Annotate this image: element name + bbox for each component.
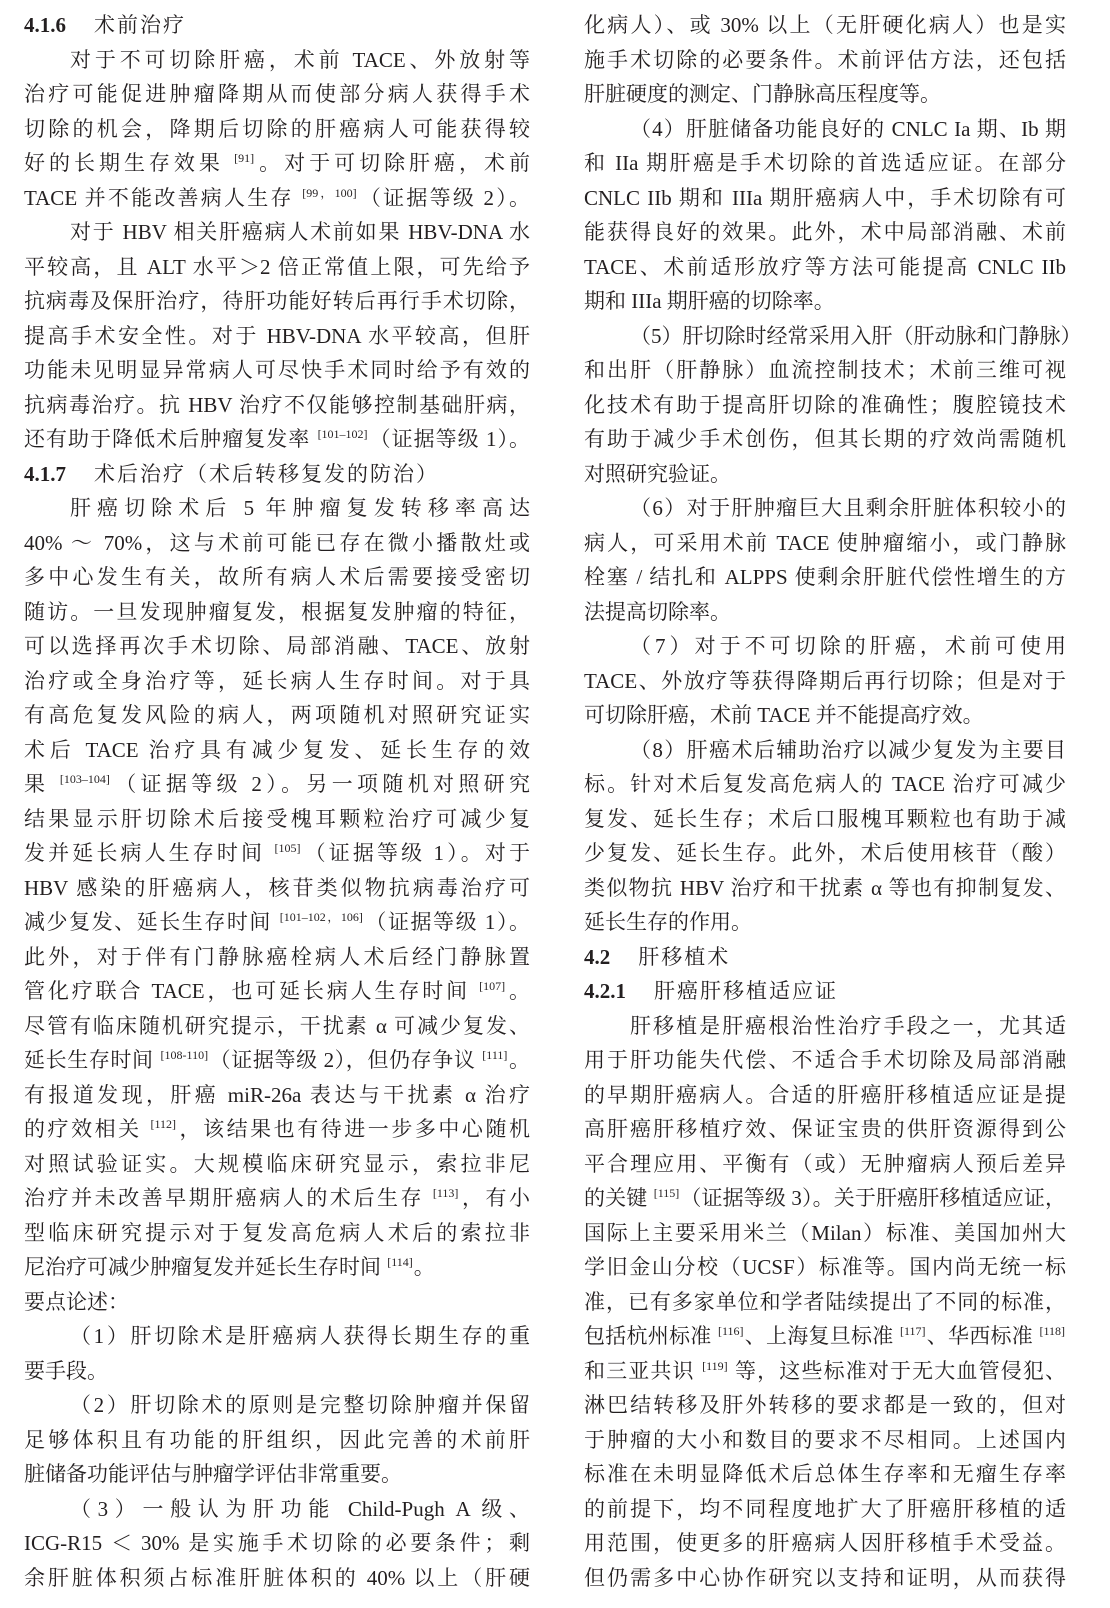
text-line: 和 IIa 期肝癌是手术切除的首选适应证。在部分 <box>584 146 1066 181</box>
citation-superscript: [107] <box>479 979 505 993</box>
text-line: TACE、术前适形放疗等方法可能提高 CNLC IIb <box>584 250 1066 285</box>
text-run: 、华西标准 <box>927 1324 1039 1348</box>
text-line: 型临床研究提示对于复发高危病人术后的索拉非 <box>24 1216 530 1251</box>
text-line: （4）肝脏储备功能良好的 CNLC Ia 期、Ib 期 <box>584 112 1066 147</box>
text-run: 提高手术安全性。对于 HBV-DNA 水平较高，但肝 <box>24 324 530 348</box>
text-run: HBV 感染的肝癌病人，核苷类似物抗病毒治疗可 <box>24 876 530 900</box>
key-point-paragraph: （5）肝切除时经常采用入肝（肝动脉和门静脉）和出肝（肝静脉）血流控制技术；术前三… <box>584 319 1066 492</box>
text-run: 型临床研究提示对于复发高危病人术后的索拉非 <box>24 1221 530 1245</box>
text-line: 的关键 [115]（证据等级 3）。关于肝癌肝移植适应证， <box>584 1181 1066 1216</box>
text-run: 随访。一旦发现肿瘤复发，根据复发肿瘤的特征， <box>24 600 530 624</box>
text-run: 切除的机会，降期后切除的肝癌病人可能获得较 <box>24 117 530 141</box>
text-run: 肝癌切除术后 5 年肿瘤复发转移率高达 <box>70 496 530 520</box>
text-line: （3）一般认为肝功能 Child-Pugh A 级、 <box>24 1492 530 1527</box>
text-line: 淋巴结转移及肝外转移的要求都是一致的，但对 <box>584 1388 1066 1423</box>
text-run: ，该结果也有待进一步多中心随机 <box>177 1117 530 1141</box>
text-line: （5）肝切除时经常采用入肝（肝动脉和门静脉） <box>584 319 1066 354</box>
text-run: （8）肝癌术后辅助治疗以减少复发为主要目 <box>630 738 1066 762</box>
text-run: 尼治疗可减少肿瘤复发并延长生存时间 <box>24 1255 386 1279</box>
text-run: 对于不可切除肝癌，术前 TACE、外放射等 <box>70 48 530 72</box>
section-title: 术前治疗 <box>94 13 186 37</box>
text-line: （8）肝癌术后辅助治疗以减少复发为主要目 <box>584 733 1066 768</box>
text-run: 于肿瘤的大小和数目的要求不尽相同。上述国内 <box>584 1428 1066 1452</box>
text-line: 于肿瘤的大小和数目的要求不尽相同。上述国内 <box>584 1423 1066 1458</box>
text-run: 包括杭州标准 <box>584 1324 717 1348</box>
text-line: 尼治疗可减少肿瘤复发并延长生存时间 [114]。 <box>24 1250 530 1285</box>
text-line: 果 [103–104]（证据等级 2）。另一项随机对照研究 <box>24 767 530 802</box>
text-run: （4）肝脏储备功能良好的 CNLC Ia 期、Ib 期 <box>630 117 1066 141</box>
text-run: 可切除肝癌，术前 TACE 并不能提高疗效。 <box>584 703 984 727</box>
text-line: 对照研究验证。 <box>584 457 1066 492</box>
section-heading: 4.2肝移植术 <box>584 940 1066 975</box>
text-run: 但仍需多中心协作研究以支持和证明，从而获得 <box>584 1566 1066 1590</box>
text-line: 病人，可采用术前 TACE 使肿瘤缩小，或门静脉 <box>584 526 1066 561</box>
text-line: （1）肝切除术是肝癌病人获得长期生存的重 <box>24 1319 530 1354</box>
text-line: 用于肝功能失代偿、不适合手术切除及局部消融 <box>584 1043 1066 1078</box>
text-line: 减少复发、延长生存时间 [101–102，106]（证据等级 1）。 <box>24 905 530 940</box>
citation-superscript: [119] <box>702 1359 728 1373</box>
text-run: 病人，可采用术前 TACE 使肿瘤缩小，或门静脉 <box>584 531 1066 555</box>
citation-superscript: [113] <box>433 1186 459 1200</box>
text-line: CNLC IIb 期和 IIIa 期肝癌病人中，手术切除有可 <box>584 181 1066 216</box>
text-run: 平合理应用、平衡有（或）无肿瘤病人预后差异 <box>584 1152 1066 1176</box>
section-number: 4.2.1 <box>584 979 626 1003</box>
text-run: 好的长期生存效果 <box>24 151 233 175</box>
text-run: 和出肝（肝静脉）血流控制技术；术前三维可视 <box>584 358 1066 382</box>
text-line: 功能未见明显异常病人可尽快手术同时给予有效的 <box>24 353 530 388</box>
text-line: 有助于减少手术创伤，但其长期的疗效尚需随机 <box>584 422 1066 457</box>
text-line: 类似物抗 HBV 治疗和干扰素 α 等也有抑制复发、 <box>584 871 1066 906</box>
text-line: 平合理应用、平衡有（或）无肿瘤病人预后差异 <box>584 1147 1066 1182</box>
text-line: 和三亚共识 [119] 等，这些标准对于无大血管侵犯、 <box>584 1354 1066 1389</box>
text-line: 化病人）、或 30% 以上（无肝硬化病人）也是实 <box>584 8 1066 43</box>
text-line: 期和 IIIa 期肝癌的切除率。 <box>584 284 1066 319</box>
text-line: 40% ～ 70%，这与术前可能已存在微小播散灶或 <box>24 526 530 561</box>
text-run: 用范围，使更多的肝癌病人因肝移植手术受益。 <box>584 1531 1066 1555</box>
text-line: 治疗并未改善早期肝癌病人的术后生存 [113]，有小 <box>24 1181 530 1216</box>
text-run: 治疗可能促进肿瘤降期从而使部分病人获得手术 <box>24 82 530 106</box>
text-line: （2）肝切除术的原则是完整切除肿瘤并保留 <box>24 1388 530 1423</box>
text-run: 期和 IIIa 期肝癌的切除率。 <box>584 289 835 313</box>
text-line: 管化疗联合 TACE，也可延长病人生存时间 [107]。 <box>24 974 530 1009</box>
text-run: 学旧金山分校（UCSF）标准等。国内尚无统一标 <box>584 1255 1066 1279</box>
text-run: 等，这些标准对于无大血管侵犯、 <box>729 1359 1066 1383</box>
text-run: （1）肝切除术是肝癌病人获得长期生存的重 <box>70 1324 530 1348</box>
section-heading: 4.2.1肝癌肝移植适应证 <box>584 974 1066 1009</box>
text-line: 对照试验证实。大规模临床研究显示，索拉非尼 <box>24 1147 530 1182</box>
text-line: 延长生存时间 [108-110]（证据等级 2），但仍存争议 [111]。 <box>24 1043 530 1078</box>
text-run: 。 <box>414 1255 435 1279</box>
text-run: 复发、延长生存；术后口服槐耳颗粒也有助于减 <box>584 807 1066 831</box>
key-point-paragraph: （8）肝癌术后辅助治疗以减少复发为主要目标。针对术后复发高危病人的 TACE 治… <box>584 733 1066 940</box>
text-run: （证据等级 1）。 <box>369 427 530 451</box>
text-run: 化技术有助于提高肝切除的准确性；腹腔镜技术 <box>584 393 1066 417</box>
text-line: 平较高，且 ALT 水平＞2 倍正常值上限，可先给予 <box>24 250 530 285</box>
citation-superscript: [91] <box>234 151 254 165</box>
text-line: 标准在未明显降低术后总体生存率和无瘤生存率 <box>584 1457 1066 1492</box>
key-point-paragraph: （3）一般认为肝功能 Child-Pugh A 级、ICG-R15 ＜ 30% … <box>24 1492 530 1596</box>
section-number: 4.2 <box>584 945 610 969</box>
text-run: 要手段。 <box>24 1359 108 1383</box>
text-run: 40% ～ 70%，这与术前可能已存在微小播散灶或 <box>24 531 530 555</box>
paragraph: 对于 HBV 相关肝癌病人术前如果 HBV-DNA 水平较高，且 ALT 水平＞… <box>24 215 530 457</box>
text-run: 还有助于降低术后肿瘤复发率 <box>24 427 317 451</box>
text-run: （5）肝切除时经常采用入肝（肝动脉和门静脉） <box>630 324 1082 348</box>
text-line: 延长生存的作用。 <box>584 905 1066 940</box>
text-run: 果 <box>24 772 59 796</box>
text-run: 多中心发生有关，故所有病人术后需要接受密切 <box>24 565 530 589</box>
text-run: 延长生存的作用。 <box>584 910 752 934</box>
text-line: 此外，对于伴有门静脉癌栓病人术后经门静脉置 <box>24 940 530 975</box>
text-run: 延长生存时间 <box>24 1048 160 1072</box>
key-point-paragraph: （7）对于不可切除的肝癌，术前可使用TACE、外放疗等获得降期后再行切除；但是对… <box>584 629 1066 733</box>
text-line: 法提高切除率。 <box>584 595 1066 630</box>
section-heading: 4.1.6术前治疗 <box>24 8 530 43</box>
text-line: 包括杭州标准 [116]、上海复旦标准 [117]、华西标准 [118] <box>584 1319 1066 1354</box>
key-point-paragraph: （6）对于肝肿瘤巨大且剩余肝脏体积较小的病人，可采用术前 TACE 使肿瘤缩小，… <box>584 491 1066 629</box>
text-line: 肝脏硬度的测定、门静脉高压程度等。 <box>584 77 1066 112</box>
text-run: 类似物抗 HBV 治疗和干扰素 α 等也有抑制复发、 <box>584 876 1066 900</box>
text-line: 要手段。 <box>24 1354 530 1389</box>
text-run: 高肝癌肝移植疗效、保证宝贵的供肝资源得到公 <box>584 1117 1066 1141</box>
text-line: 和出肝（肝静脉）血流控制技术；术前三维可视 <box>584 353 1066 388</box>
text-line: 可以选择再次手术切除、局部消融、TACE、放射 <box>24 629 530 664</box>
text-run: 的疗效相关 <box>24 1117 149 1141</box>
text-run: 少复发、延长生存。此外，术后使用核苷（酸） <box>584 841 1066 865</box>
left-column: 4.1.6术前治疗对于不可切除肝癌，术前 TACE、外放射等治疗可能促进肿瘤降期… <box>24 8 530 1595</box>
paragraph: 要点论述： <box>24 1285 530 1320</box>
text-run: 对照研究验证。 <box>584 462 731 486</box>
text-line: 抗病毒及保肝治疗，待肝功能好转后再行手术切除， <box>24 284 530 319</box>
text-run: 对照试验证实。大规模临床研究显示，索拉非尼 <box>24 1152 530 1176</box>
text-run: 要点论述： <box>24 1290 129 1314</box>
text-run: 减少复发、延长生存时间 <box>24 910 279 934</box>
paragraph: 化病人）、或 30% 以上（无肝硬化病人）也是实施手术切除的必要条件。术前评估方… <box>584 8 1066 112</box>
citation-superscript: [105] <box>275 841 301 855</box>
text-line: 复发、延长生存；术后口服槐耳颗粒也有助于减 <box>584 802 1066 837</box>
text-run: 术后 TACE 治疗具有减少复发、延长生存的效 <box>24 738 530 762</box>
text-line: 能获得良好的效果。此外，术中局部消融、术前 <box>584 215 1066 250</box>
text-run: 可以选择再次手术切除、局部消融、TACE、放射 <box>24 634 530 658</box>
text-run: 和三亚共识 <box>584 1359 701 1383</box>
text-run: 。 <box>508 1048 530 1072</box>
text-line: 还有助于降低术后肿瘤复发率 [101–102]（证据等级 1）。 <box>24 422 530 457</box>
citation-superscript: [111] <box>482 1048 507 1062</box>
text-run: 。对于可切除肝癌，术前 <box>255 151 530 175</box>
text-run: 对于 HBV 相关肝癌病人术前如果 HBV-DNA 水 <box>70 220 530 244</box>
text-run: 此外，对于伴有门静脉癌栓病人术后经门静脉置 <box>24 945 530 969</box>
section-title: 肝移植术 <box>638 945 730 969</box>
text-line: 抗病毒治疗。抗 HBV 治疗不仅能够控制基础肝病， <box>24 388 530 423</box>
text-run: TACE、外放疗等获得降期后再行切除；但是对于 <box>584 669 1066 693</box>
text-run: 的关键 <box>584 1186 653 1210</box>
text-run: 足够体积且有功能的肝组织，因此完善的术前肝 <box>24 1428 530 1452</box>
text-run: ，有小 <box>459 1186 530 1210</box>
text-line: （6）对于肝肿瘤巨大且剩余肝脏体积较小的 <box>584 491 1066 526</box>
text-line: 对于 HBV 相关肝癌病人术前如果 HBV-DNA 水 <box>24 215 530 250</box>
text-run: 、上海复旦标准 <box>745 1324 899 1348</box>
text-run: 肝脏硬度的测定、门静脉高压程度等。 <box>584 82 941 106</box>
text-line: 好的长期生存效果 [91]。对于可切除肝癌，术前 <box>24 146 530 181</box>
text-run: 结果显示肝切除术后接受槐耳颗粒治疗可减少复 <box>24 807 530 831</box>
citation-superscript: [101–102，106] <box>280 910 363 924</box>
text-run: 法提高切除率。 <box>584 600 731 624</box>
section-heading: 4.1.7术后治疗（术后转移复发的防治） <box>24 457 530 492</box>
paragraph: 肝移植是肝癌根治性治疗手段之一，尤其适用于肝功能失代偿、不适合手术切除及局部消融… <box>584 1009 1066 1596</box>
text-line: 少复发、延长生存。此外，术后使用核苷（酸） <box>584 836 1066 871</box>
text-run: 栓塞 / 结扎和 ALPPS 使剩余肝脏代偿性增生的方 <box>584 565 1066 589</box>
text-line: 栓塞 / 结扎和 ALPPS 使剩余肝脏代偿性增生的方 <box>584 560 1066 595</box>
text-run: 的前提下，均不同程度地扩大了肝癌肝移植的适 <box>584 1497 1066 1521</box>
text-run: 平较高，且 ALT 水平＞2 倍正常值上限，可先给予 <box>24 255 530 279</box>
text-line: 的疗效相关 [112]，该结果也有待进一步多中心随机 <box>24 1112 530 1147</box>
text-line: 但仍需多中心协作研究以支持和证明，从而获得 <box>584 1561 1066 1596</box>
text-run: 抗病毒治疗。抗 HBV 治疗不仅能够控制基础肝病， <box>24 393 530 417</box>
text-line: TACE 并不能改善病人生存 [99，100]（证据等级 2）。 <box>24 181 530 216</box>
text-line: 提高手术安全性。对于 HBV-DNA 水平较高，但肝 <box>24 319 530 354</box>
citation-superscript: [103–104] <box>60 772 110 786</box>
text-run: 管化疗联合 TACE，也可延长病人生存时间 <box>24 979 478 1003</box>
text-run: 标准在未明显降低术后总体生存率和无瘤生存率 <box>584 1462 1066 1486</box>
section-number: 4.1.6 <box>24 13 66 37</box>
text-line: 治疗可能促进肿瘤降期从而使部分病人获得手术 <box>24 77 530 112</box>
text-run: 。 <box>506 979 530 1003</box>
text-line: 随访。一旦发现肿瘤复发，根据复发肿瘤的特征， <box>24 595 530 630</box>
paragraph: 肝癌切除术后 5 年肿瘤复发转移率高达40% ～ 70%，这与术前可能已存在微小… <box>24 491 530 1285</box>
paragraph: 对于不可切除肝癌，术前 TACE、外放射等治疗可能促进肿瘤降期从而使部分病人获得… <box>24 43 530 216</box>
text-run: 施手术切除的必要条件。术前评估方法，还包括 <box>584 48 1066 72</box>
text-run: 脏储备功能评估与肿瘤学评估非常重要。 <box>24 1462 402 1486</box>
citation-superscript: [99，100] <box>302 186 356 200</box>
text-line: 对于不可切除肝癌，术前 TACE、外放射等 <box>24 43 530 78</box>
text-line: 的早期肝癌病人。合适的肝癌肝移植适应证是提 <box>584 1078 1066 1113</box>
text-run: （证据等级 3）。关于肝癌肝移植适应证， <box>680 1186 1066 1210</box>
citation-superscript: [114] <box>387 1255 413 1269</box>
citation-superscript: [116] <box>718 1324 744 1338</box>
text-line: 切除的机会，降期后切除的肝癌病人可能获得较 <box>24 112 530 147</box>
text-run: 治疗并未改善早期肝癌病人的术后生存 <box>24 1186 432 1210</box>
text-run: TACE、术前适形放疗等方法可能提高 CNLC IIb <box>584 255 1066 279</box>
text-run: 余肝脏体积须占标准肝脏体积的 40% 以上（肝硬 <box>24 1566 530 1590</box>
text-run: （证据等级 1）。对于 <box>302 841 531 865</box>
citation-superscript: [118] <box>1039 1324 1065 1338</box>
text-line: 用范围，使更多的肝癌病人因肝移植手术受益。 <box>584 1526 1066 1561</box>
text-line: 要点论述： <box>24 1285 530 1320</box>
text-line: ICG-R15 ＜ 30% 是实施手术切除的必要条件；剩 <box>24 1526 530 1561</box>
text-run: 治疗或全身治疗等，延长病人生存时间。对于具 <box>24 669 530 693</box>
text-run: ICG-R15 ＜ 30% 是实施手术切除的必要条件；剩 <box>24 1531 530 1555</box>
text-run: 有高危复发风险的病人，两项随机对照研究证实 <box>24 703 530 727</box>
text-line: 脏储备功能评估与肿瘤学评估非常重要。 <box>24 1457 530 1492</box>
text-run: 发并延长病人生存时间 <box>24 841 274 865</box>
text-line: 国际上主要采用米兰（Milan）标准、美国加州大 <box>584 1216 1066 1251</box>
section-title: 肝癌肝移植适应证 <box>654 979 838 1003</box>
text-line: 高肝癌肝移植疗效、保证宝贵的供肝资源得到公 <box>584 1112 1066 1147</box>
text-line: HBV 感染的肝癌病人，核苷类似物抗病毒治疗可 <box>24 871 530 906</box>
text-run: 的早期肝癌病人。合适的肝癌肝移植适应证是提 <box>584 1083 1066 1107</box>
text-line: 多中心发生有关，故所有病人术后需要接受密切 <box>24 560 530 595</box>
text-line: （7）对于不可切除的肝癌，术前可使用 <box>584 629 1066 664</box>
text-line: 准，已有多家单位和学者陆续提出了不同的标准， <box>584 1285 1066 1320</box>
text-run: （证据等级 2）。另一项随机对照研究 <box>111 772 530 796</box>
text-line: 有高危复发风险的病人，两项随机对照研究证实 <box>24 698 530 733</box>
key-point-paragraph: （1）肝切除术是肝癌病人获得长期生存的重要手段。 <box>24 1319 530 1388</box>
text-line: 余肝脏体积须占标准肝脏体积的 40% 以上（肝硬 <box>24 1561 530 1596</box>
text-run: TACE 并不能改善病人生存 <box>24 186 301 210</box>
citation-superscript: [115] <box>654 1186 680 1200</box>
text-run: （2）肝切除术的原则是完整切除肿瘤并保留 <box>70 1393 530 1417</box>
key-point-paragraph: （2）肝切除术的原则是完整切除肿瘤并保留足够体积且有功能的肝组织，因此完善的术前… <box>24 1388 530 1492</box>
key-point-paragraph: （4）肝脏储备功能良好的 CNLC Ia 期、Ib 期和 IIa 期肝癌是手术切… <box>584 112 1066 319</box>
text-run: 化病人）、或 30% 以上（无肝硬化病人）也是实 <box>584 13 1066 37</box>
text-line: 术后 TACE 治疗具有减少复发、延长生存的效 <box>24 733 530 768</box>
text-run: 肝移植是肝癌根治性治疗手段之一，尤其适 <box>630 1014 1066 1038</box>
citation-superscript: [117] <box>900 1324 926 1338</box>
text-run: 用于肝功能失代偿、不适合手术切除及局部消融 <box>584 1048 1066 1072</box>
text-run: （证据等级 2）。 <box>358 186 530 210</box>
text-line: 治疗或全身治疗等，延长病人生存时间。对于具 <box>24 664 530 699</box>
text-line: 有报道发现，肝癌 miR-26a 表达与干扰素 α 治疗 <box>24 1078 530 1113</box>
section-title: 术后治疗（术后转移复发的防治） <box>94 462 439 486</box>
text-line: 标。针对术后复发高危病人的 TACE 治疗可减少 <box>584 767 1066 802</box>
text-run: 国际上主要采用米兰（Milan）标准、美国加州大 <box>584 1221 1066 1245</box>
text-line: 尽管有临床随机研究提示，干扰素 α 可减少复发、 <box>24 1009 530 1044</box>
text-run: 和 IIa 期肝癌是手术切除的首选适应证。在部分 <box>584 151 1066 175</box>
text-run: 标。针对术后复发高危病人的 TACE 治疗可减少 <box>584 772 1066 796</box>
text-run: （证据等级 2），但仍存争议 <box>209 1048 481 1072</box>
text-line: 施手术切除的必要条件。术前评估方法，还包括 <box>584 43 1066 78</box>
text-line: 的前提下，均不同程度地扩大了肝癌肝移植的适 <box>584 1492 1066 1527</box>
text-run: 有助于减少手术创伤，但其长期的疗效尚需随机 <box>584 427 1066 451</box>
section-number: 4.1.7 <box>24 462 66 486</box>
text-run: 淋巴结转移及肝外转移的要求都是一致的，但对 <box>584 1393 1066 1417</box>
citation-superscript: [101–102] <box>318 427 368 441</box>
text-run: 能获得良好的效果。此外，术中局部消融、术前 <box>584 220 1066 244</box>
text-run: 有报道发现，肝癌 miR-26a 表达与干扰素 α 治疗 <box>24 1083 530 1107</box>
text-line: TACE、外放疗等获得降期后再行切除；但是对于 <box>584 664 1066 699</box>
text-run: 尽管有临床随机研究提示，干扰素 α 可减少复发、 <box>24 1014 530 1038</box>
text-run: （7）对于不可切除的肝癌，术前可使用 <box>630 634 1066 658</box>
text-line: 肝移植是肝癌根治性治疗手段之一，尤其适 <box>584 1009 1066 1044</box>
text-line: 学旧金山分校（UCSF）标准等。国内尚无统一标 <box>584 1250 1066 1285</box>
text-run: （3）一般认为肝功能 Child-Pugh A 级、 <box>70 1497 530 1521</box>
right-column: 化病人）、或 30% 以上（无肝硬化病人）也是实施手术切除的必要条件。术前评估方… <box>584 8 1066 1595</box>
text-line: 足够体积且有功能的肝组织，因此完善的术前肝 <box>24 1423 530 1458</box>
text-line: 结果显示肝切除术后接受槐耳颗粒治疗可减少复 <box>24 802 530 837</box>
text-line: 肝癌切除术后 5 年肿瘤复发转移率高达 <box>24 491 530 526</box>
text-line: 发并延长病人生存时间 [105]（证据等级 1）。对于 <box>24 836 530 871</box>
text-run: 准，已有多家单位和学者陆续提出了不同的标准， <box>584 1290 1066 1314</box>
text-run: （证据等级 1）。 <box>364 910 530 934</box>
citation-superscript: [112] <box>150 1117 176 1131</box>
text-run: （6）对于肝肿瘤巨大且剩余肝脏体积较小的 <box>630 496 1066 520</box>
text-run: 抗病毒及保肝治疗，待肝功能好转后再行手术切除， <box>24 289 530 313</box>
text-run: 功能未见明显异常病人可尽快手术同时给予有效的 <box>24 358 530 382</box>
citation-superscript: [108-110] <box>161 1048 209 1062</box>
text-run: CNLC IIb 期和 IIIa 期肝癌病人中，手术切除有可 <box>584 186 1066 210</box>
text-line: 可切除肝癌，术前 TACE 并不能提高疗效。 <box>584 698 1066 733</box>
text-line: 化技术有助于提高肝切除的准确性；腹腔镜技术 <box>584 388 1066 423</box>
